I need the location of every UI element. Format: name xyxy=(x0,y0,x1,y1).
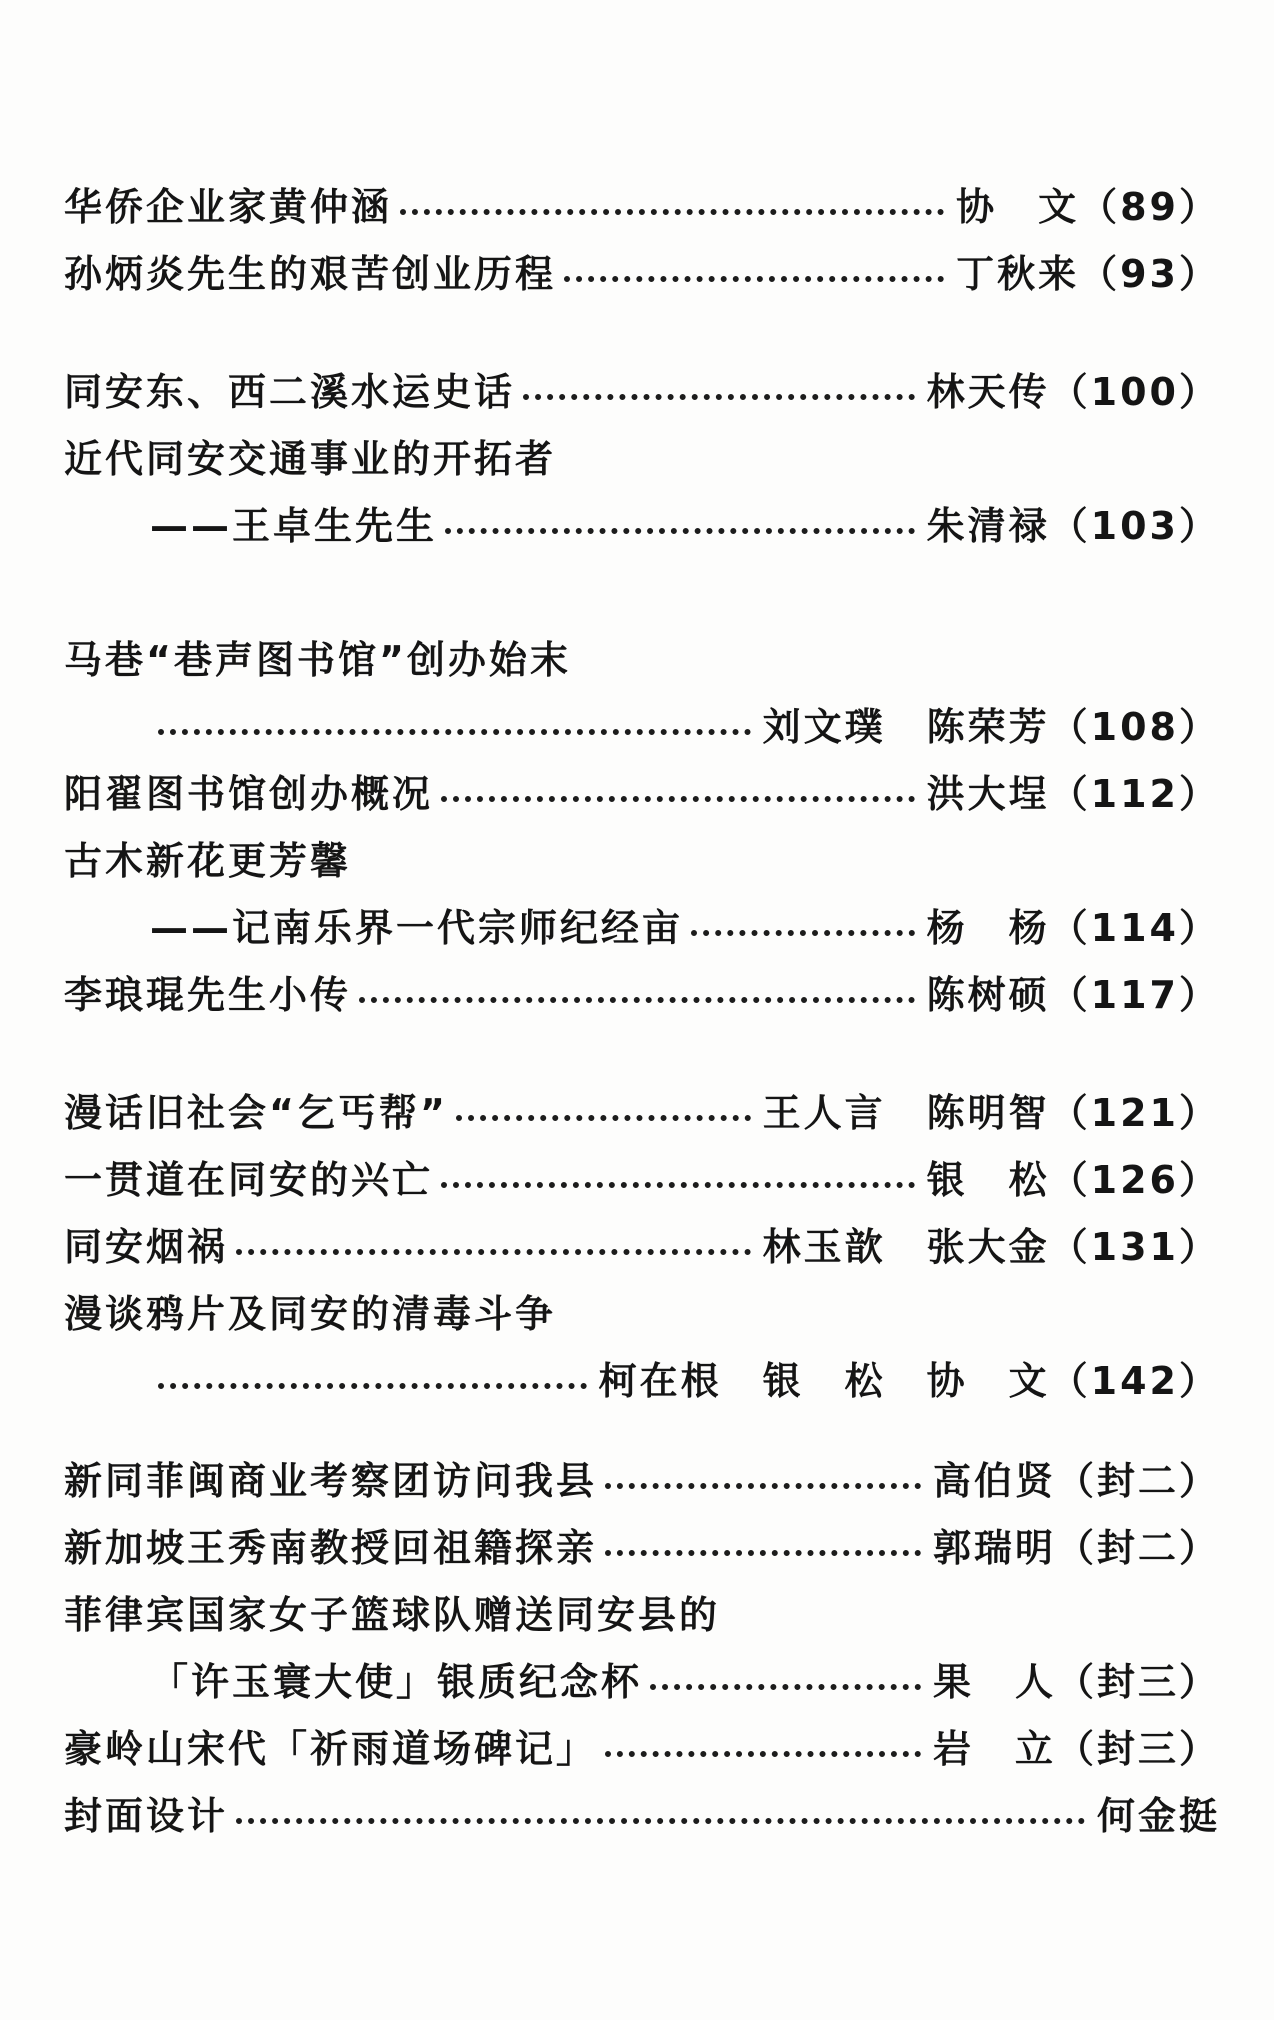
entry-title: 漫话旧社会“乞丐帮” xyxy=(64,1094,448,1132)
toc-entry: 李琅琨先生小传 陈树硕（117） xyxy=(64,974,1220,1016)
toc-entry: 新加坡王秀南教授回祖籍探亲 郭瑞明（封二） xyxy=(64,1527,1220,1569)
entry-author-page: 朱清禄（103） xyxy=(927,507,1220,545)
toc-entry-title-line: 漫谈鸦片及同安的清毒斗争 xyxy=(64,1293,1220,1335)
entry-author-page: 银 松（126） xyxy=(927,1161,1220,1199)
entry-title: 漫谈鸦片及同安的清毒斗争 xyxy=(64,1295,556,1333)
entry-author-page: 何金挺 xyxy=(1097,1797,1220,1835)
toc-entry: 同安烟祸 林玉歆 张大金（131） xyxy=(64,1226,1220,1268)
leader-dots xyxy=(441,1182,915,1188)
leader-dots xyxy=(400,209,944,215)
toc-entry: 新同菲闽商业考察团访问我县 高伯贤（封二） xyxy=(64,1460,1220,1502)
entry-title: 阳翟图书馆创办概况 xyxy=(64,775,433,813)
leader-dots xyxy=(236,1249,751,1255)
leader-dots xyxy=(605,1550,921,1556)
toc-entry: 封面设计 何金挺 xyxy=(64,1795,1220,1837)
toc-entry: 华侨企业家黄仲涵 协 文（89） xyxy=(64,186,1220,228)
entry-author-page: 岩 立（封三） xyxy=(933,1730,1220,1768)
toc-list: 华侨企业家黄仲涵 协 文（89） 孙炳炎先生的艰苦创业历程 丁秋来（93） 同安… xyxy=(64,186,1220,1862)
toc-entry-continuation: ——王卓生先生 朱清禄（103） xyxy=(64,505,1220,547)
entry-title: 同安东、西二溪水运史话 xyxy=(64,373,515,411)
entry-author-page: 柯在根 银 松 协 文（142） xyxy=(599,1362,1220,1400)
leader-dots xyxy=(158,729,751,735)
leader-dots xyxy=(691,930,915,936)
entry-author-page: 刘文璞 陈荣芳（108） xyxy=(763,708,1220,746)
entry-subtitle: ——王卓生先生 xyxy=(150,507,437,545)
toc-entry-title-line: 近代同安交通事业的开拓者 xyxy=(64,438,1220,480)
leader-dots xyxy=(564,276,944,282)
toc-entry: 一贯道在同安的兴亡 银 松（126） xyxy=(64,1159,1220,1201)
toc-entry-title-line: 菲律宾国家女子篮球队赠送同安县的 xyxy=(64,1594,1220,1636)
entry-title: 近代同安交通事业的开拓者 xyxy=(64,440,556,478)
toc-entry: 同安东、西二溪水运史话 林天传（100） xyxy=(64,371,1220,413)
leader-dots xyxy=(158,1383,587,1389)
toc-entry: 豪岭山宋代「祈雨道场碑记」 岩 立（封三） xyxy=(64,1728,1220,1770)
toc-entry-title-line: 古木新花更芳馨 xyxy=(64,840,1220,882)
toc-entry-continuation: ——记南乐界一代宗师纪经亩 杨 杨（114） xyxy=(64,907,1220,949)
entry-title: 古木新花更芳馨 xyxy=(64,842,351,880)
scanned-toc-page: 华侨企业家黄仲涵 协 文（89） 孙炳炎先生的艰苦创业历程 丁秋来（93） 同安… xyxy=(0,0,1274,2020)
entry-author-page: 果 人（封三） xyxy=(933,1663,1220,1701)
entry-title: 华侨企业家黄仲涵 xyxy=(64,188,392,226)
entry-title: 马巷“巷声图书馆”创办始末 xyxy=(64,641,571,679)
entry-author-page: 高伯贤（封二） xyxy=(933,1462,1220,1500)
toc-entry-title-line: 马巷“巷声图书馆”创办始末 xyxy=(64,639,1220,681)
entry-author-page: 丁秋来（93） xyxy=(956,255,1220,293)
entry-author-page: 协 文（89） xyxy=(956,188,1220,226)
leader-dots xyxy=(445,528,915,534)
entry-title: 封面设计 xyxy=(64,1797,228,1835)
toc-entry-continuation: 「许玉寰大使」银质纪念杯 果 人（封三） xyxy=(64,1661,1220,1703)
entry-title: 新同菲闽商业考察团访问我县 xyxy=(64,1462,597,1500)
entry-title: 同安烟祸 xyxy=(64,1228,228,1266)
entry-author-page: 洪大埕（112） xyxy=(927,775,1220,813)
entry-subtitle: ——记南乐界一代宗师纪经亩 xyxy=(150,909,683,947)
toc-entry-continuation: 柯在根 银 松 协 文（142） xyxy=(64,1360,1220,1402)
leader-dots xyxy=(456,1115,751,1121)
entry-author-page: 林天传（100） xyxy=(927,373,1220,411)
leader-dots xyxy=(236,1818,1085,1824)
entry-subtitle: 「许玉寰大使」银质纪念杯 xyxy=(150,1663,642,1701)
entry-author-page: 郭瑞明（封二） xyxy=(933,1529,1220,1567)
toc-entry: 孙炳炎先生的艰苦创业历程 丁秋来（93） xyxy=(64,253,1220,295)
entry-title: 豪岭山宋代「祈雨道场碑记」 xyxy=(64,1730,597,1768)
entry-author-page: 王人言 陈明智（121） xyxy=(763,1094,1220,1132)
leader-dots xyxy=(441,796,915,802)
entry-author-page: 林玉歆 张大金（131） xyxy=(763,1228,1220,1266)
leader-dots xyxy=(650,1684,921,1690)
entry-title: 李琅琨先生小传 xyxy=(64,976,351,1014)
entry-title: 孙炳炎先生的艰苦创业历程 xyxy=(64,255,556,293)
leader-dots xyxy=(359,997,915,1003)
entry-author-page: 陈树硕（117） xyxy=(927,976,1220,1014)
toc-entry: 阳翟图书馆创办概况 洪大埕（112） xyxy=(64,773,1220,815)
entry-title: 一贯道在同安的兴亡 xyxy=(64,1161,433,1199)
leader-dots xyxy=(523,394,915,400)
toc-entry: 漫话旧社会“乞丐帮” 王人言 陈明智（121） xyxy=(64,1092,1220,1134)
toc-entry-continuation: 刘文璞 陈荣芳（108） xyxy=(64,706,1220,748)
entry-title: 新加坡王秀南教授回祖籍探亲 xyxy=(64,1529,597,1567)
entry-title: 菲律宾国家女子篮球队赠送同安县的 xyxy=(64,1596,720,1634)
leader-dots xyxy=(605,1751,921,1757)
leader-dots xyxy=(605,1483,921,1489)
entry-author-page: 杨 杨（114） xyxy=(927,909,1220,947)
